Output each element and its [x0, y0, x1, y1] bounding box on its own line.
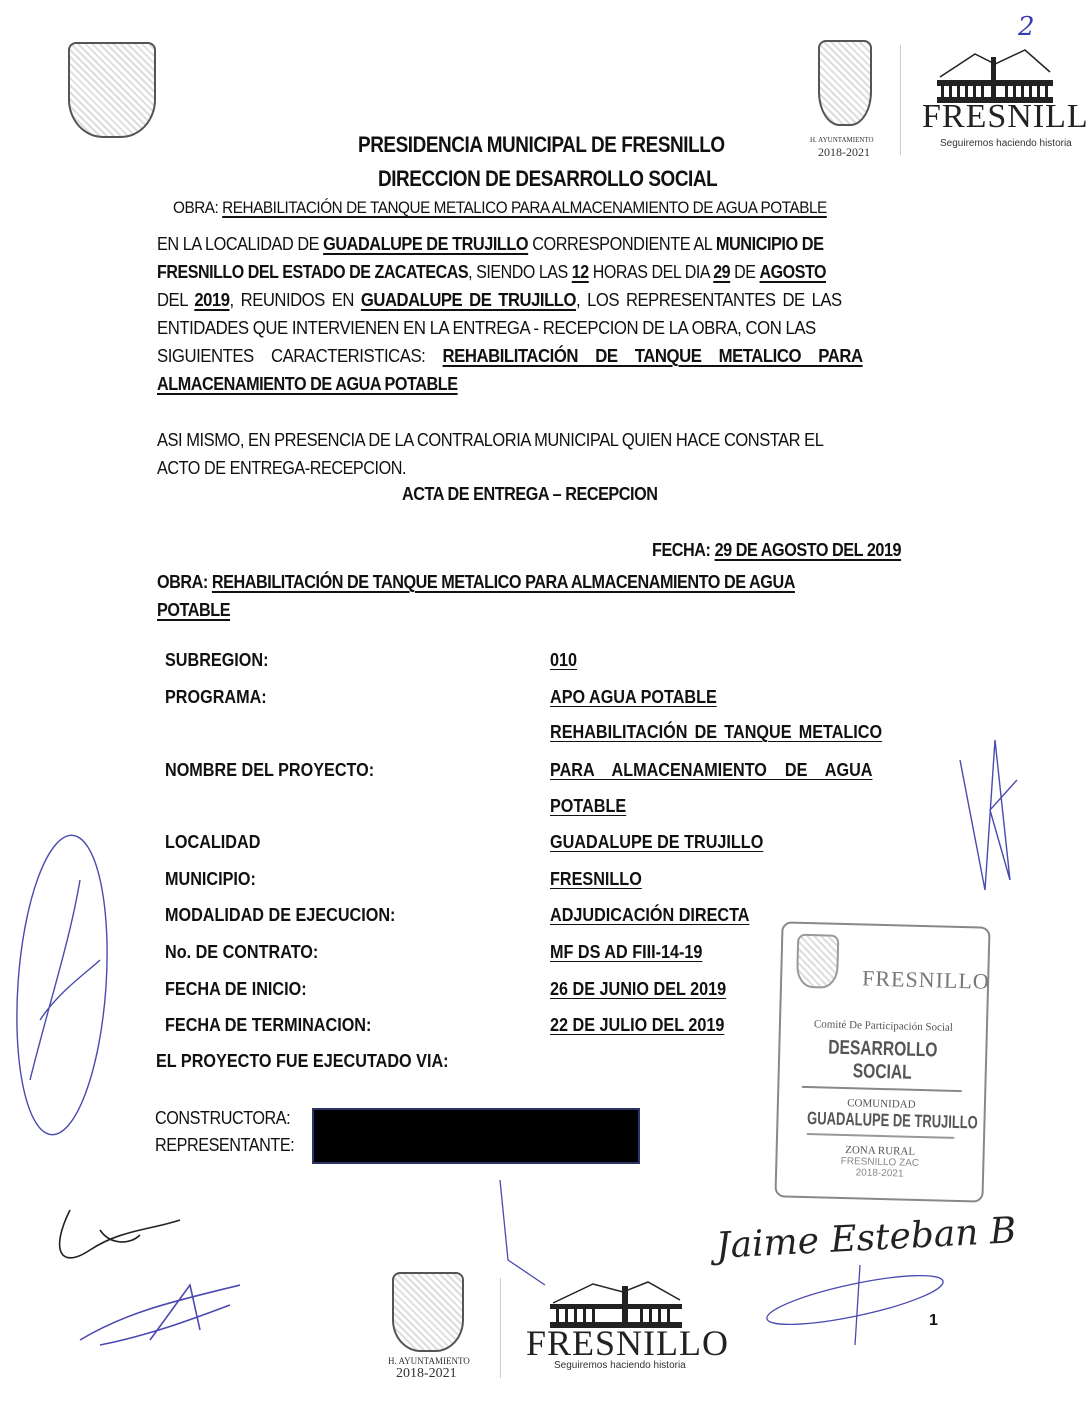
- footer-logo-divider: [500, 1278, 501, 1378]
- footer-fresnillo-brand: FRESNILLO: [526, 1322, 729, 1364]
- stamp-line4: GUADALUPE DE TRUJILLO: [807, 1108, 955, 1139]
- handwritten-page-mark: 2: [1018, 12, 1035, 42]
- page-number: 1: [929, 1312, 938, 1330]
- stamp-line2: DESARROLLO SOCIAL: [802, 1036, 963, 1092]
- footer-ayuntamiento-label: H. AYUNTAMIENTO: [388, 1356, 470, 1366]
- municipal-shield-logo: [68, 42, 156, 138]
- constructora-label: CONSTRUCTORA:: [155, 1108, 290, 1129]
- representante-label: REPRESENTANTE:: [155, 1135, 294, 1156]
- signature-bottom-right: [760, 1260, 950, 1350]
- footer-fresnillo-slogan: Seguiremos haciendo historia: [554, 1360, 686, 1371]
- signature-right-scribble: [955, 720, 1025, 910]
- footer-ayuntamiento-years: 2018-2021: [396, 1366, 457, 1382]
- footer-shield-logo: [392, 1272, 464, 1352]
- footer-fresnillo-skyline-icon: [548, 1278, 684, 1328]
- community-stamp: FRESNILLO Comité De Participación Social…: [774, 921, 990, 1202]
- signature-bottom-left: [40, 1190, 240, 1370]
- stamp-shield-logo: [796, 934, 839, 989]
- redacted-block: [312, 1108, 640, 1164]
- signature-center-line: [490, 1180, 550, 1290]
- signature-left-oval: [0, 820, 120, 1150]
- stamp-line1: Comité De Participación Social: [781, 1017, 986, 1034]
- stamp-brand: FRESNILLO: [862, 965, 990, 994]
